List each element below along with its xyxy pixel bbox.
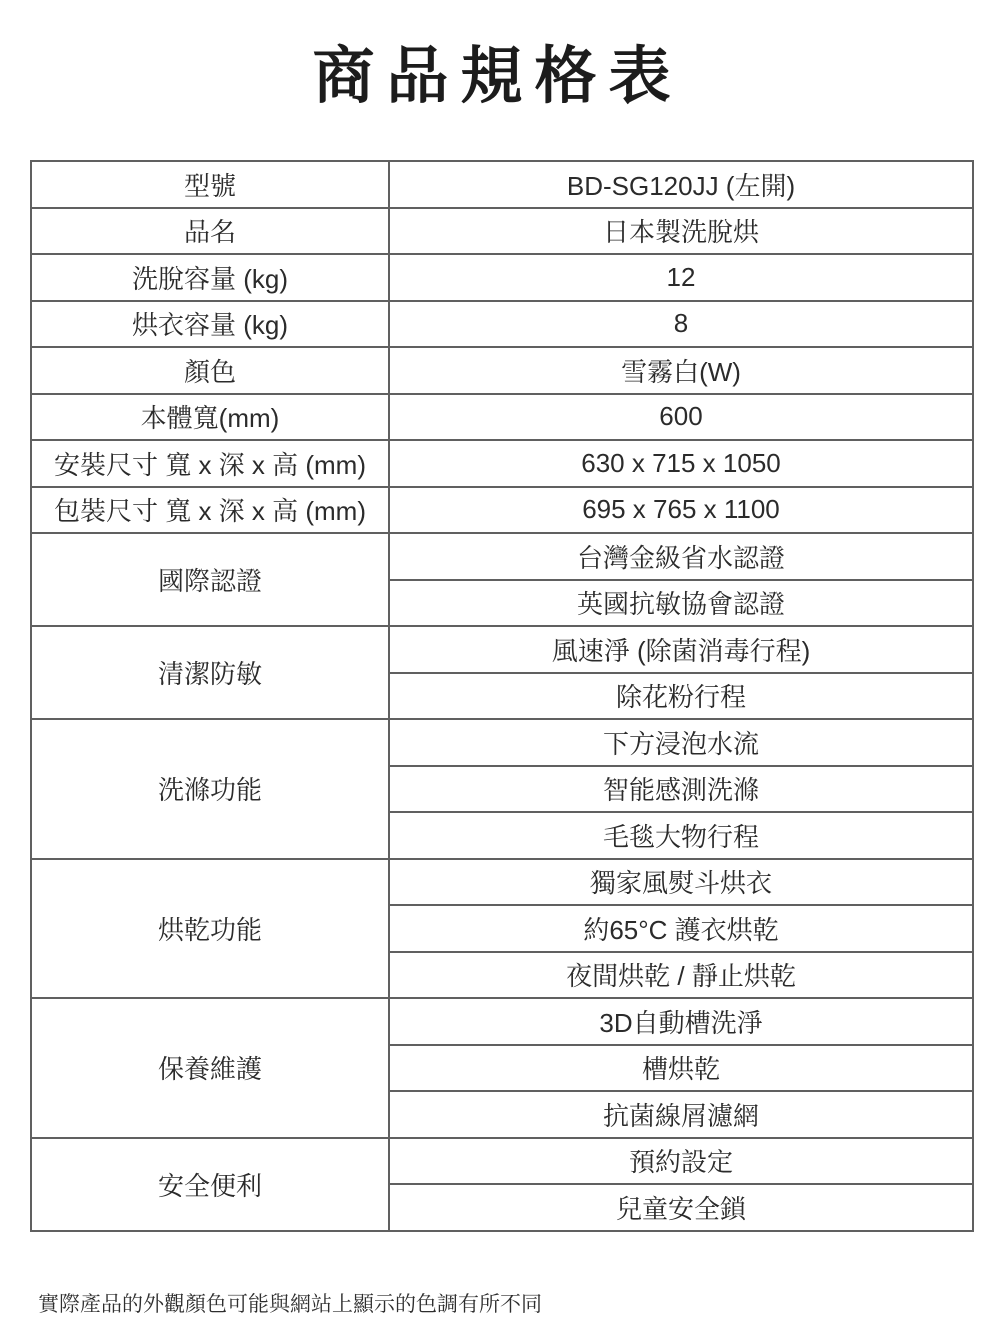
- spec-label-cell: 本體寬(mm): [31, 394, 389, 441]
- spec-label-cell: 顏色: [31, 347, 389, 394]
- table-row: 洗脫容量 (kg)12: [31, 254, 973, 301]
- spec-value-cell: 智能感測洗滌: [389, 766, 973, 813]
- table-row: 洗滌功能下方浸泡水流: [31, 719, 973, 766]
- table-row: 安裝尺寸 寬 x 深 x 高 (mm)630 x 715 x 1050: [31, 440, 973, 487]
- spec-table-body: 型號BD-SG120JJ (左開)品名日本製洗脫烘洗脫容量 (kg)12烘衣容量…: [31, 161, 973, 1231]
- spec-value-cell: 風速淨 (除菌消毒行程): [389, 626, 973, 673]
- spec-value-cell: 兒童安全鎖: [389, 1184, 973, 1231]
- spec-label-cell: 安裝尺寸 寬 x 深 x 高 (mm): [31, 440, 389, 487]
- spec-value-cell: 雪霧白(W): [389, 347, 973, 394]
- spec-label-cell: 烘乾功能: [31, 859, 389, 999]
- spec-value-cell: 約65°C 護衣烘乾: [389, 905, 973, 952]
- table-row: 烘乾功能獨家風熨斗烘衣: [31, 859, 973, 906]
- spec-value-cell: 英國抗敏協會認證: [389, 580, 973, 627]
- spec-value-cell: 600: [389, 394, 973, 441]
- spec-sheet-page: 商品規格表 型號BD-SG120JJ (左開)品名日本製洗脫烘洗脫容量 (kg)…: [0, 0, 995, 1332]
- table-row: 國際認證台灣金級省水認證: [31, 533, 973, 580]
- spec-value-cell: 日本製洗脫烘: [389, 208, 973, 255]
- spec-value-cell: 12: [389, 254, 973, 301]
- spec-value-cell: 獨家風熨斗烘衣: [389, 859, 973, 906]
- spec-value-cell: BD-SG120JJ (左開): [389, 161, 973, 208]
- spec-value-cell: 下方浸泡水流: [389, 719, 973, 766]
- page-title: 商品規格表: [0, 26, 995, 115]
- spec-value-cell: 695 x 765 x 1100: [389, 487, 973, 534]
- table-row: 包裝尺寸 寬 x 深 x 高 (mm)695 x 765 x 1100: [31, 487, 973, 534]
- spec-value-cell: 630 x 715 x 1050: [389, 440, 973, 487]
- spec-value-cell: 夜間烘乾 / 靜止烘乾: [389, 952, 973, 999]
- table-row: 安全便利預約設定: [31, 1138, 973, 1185]
- spec-label-cell: 烘衣容量 (kg): [31, 301, 389, 348]
- spec-value-cell: 3D自動槽洗淨: [389, 998, 973, 1045]
- table-row: 型號BD-SG120JJ (左開): [31, 161, 973, 208]
- spec-value-cell: 預約設定: [389, 1138, 973, 1185]
- spec-value-cell: 毛毯大物行程: [389, 812, 973, 859]
- table-row: 保養維護3D自動槽洗淨: [31, 998, 973, 1045]
- spec-value-cell: 抗菌線屑濾網: [389, 1091, 973, 1138]
- product-spec-table: 型號BD-SG120JJ (左開)品名日本製洗脫烘洗脫容量 (kg)12烘衣容量…: [30, 160, 974, 1232]
- spec-label-cell: 洗滌功能: [31, 719, 389, 859]
- footer-note: 實際產品的外觀顏色可能與網站上顯示的色調有所不同: [38, 1288, 542, 1318]
- spec-label-cell: 洗脫容量 (kg): [31, 254, 389, 301]
- table-row: 烘衣容量 (kg)8: [31, 301, 973, 348]
- table-row: 本體寬(mm)600: [31, 394, 973, 441]
- spec-value-cell: 槽烘乾: [389, 1045, 973, 1092]
- spec-label-cell: 品名: [31, 208, 389, 255]
- spec-label-cell: 清潔防敏: [31, 626, 389, 719]
- spec-label-cell: 包裝尺寸 寬 x 深 x 高 (mm): [31, 487, 389, 534]
- table-row: 顏色雪霧白(W): [31, 347, 973, 394]
- spec-value-cell: 8: [389, 301, 973, 348]
- spec-value-cell: 台灣金級省水認證: [389, 533, 973, 580]
- spec-value-cell: 除花粉行程: [389, 673, 973, 720]
- spec-label-cell: 安全便利: [31, 1138, 389, 1231]
- table-row: 清潔防敏風速淨 (除菌消毒行程): [31, 626, 973, 673]
- spec-label-cell: 型號: [31, 161, 389, 208]
- spec-label-cell: 保養維護: [31, 998, 389, 1138]
- spec-label-cell: 國際認證: [31, 533, 389, 626]
- table-row: 品名日本製洗脫烘: [31, 208, 973, 255]
